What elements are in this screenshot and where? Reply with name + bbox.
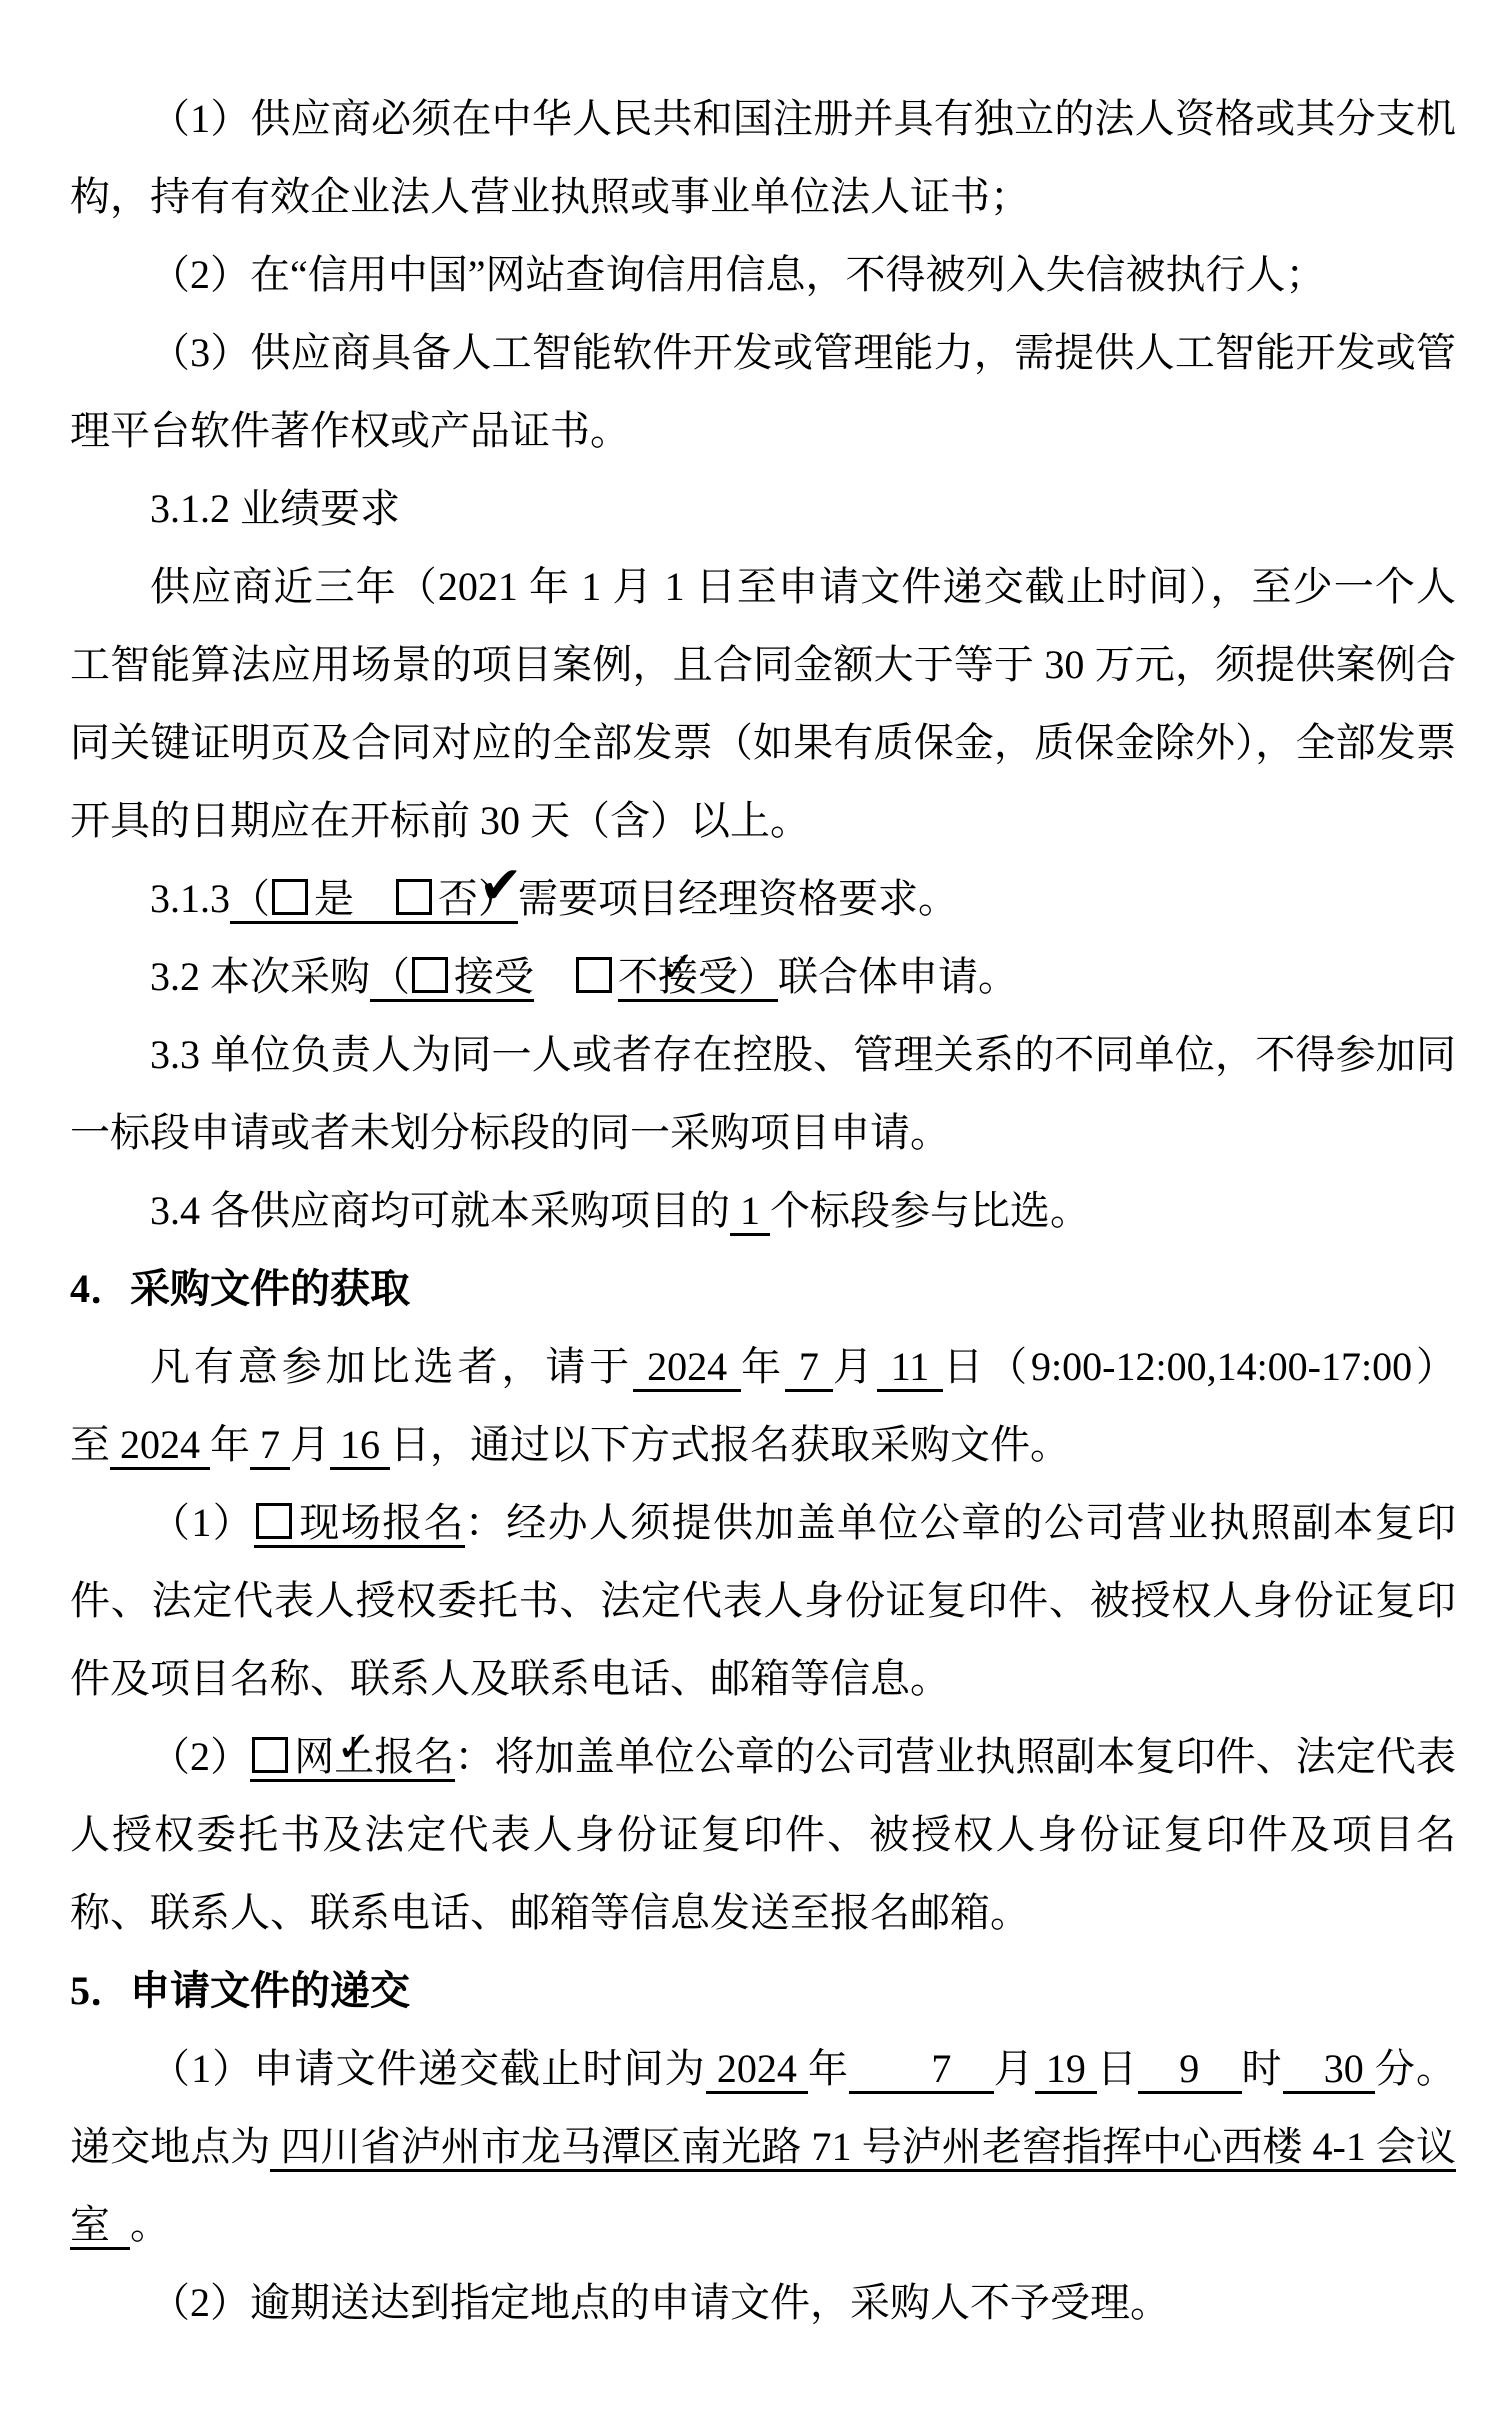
underlined-text: 19 (1035, 2046, 1097, 2094)
text-run: 联合体申请。 (778, 954, 1018, 999)
checkbox-wrapper: ✔ (394, 876, 438, 924)
text-run: 月 (994, 2046, 1035, 2091)
paragraph: 3.2 本次采购（接受 ✓不接受）联合体申请。 (70, 938, 1456, 1016)
paragraph: 凡有意参加比选者，请于 2024 年 7 月 11 日（9:00-12:00,1… (70, 1328, 1456, 1484)
underlined-text: 2024 (706, 2046, 808, 2094)
paragraph: 3.1.2 业绩要求 (70, 470, 1456, 548)
checkbox-checked-icon: ✓ (252, 1737, 288, 1773)
checkbox-wrapper (254, 1500, 298, 1548)
paragraph: （2）✓网上报名：将加盖单位公章的公司营业执照副本复印件、法定代表人授权委托书及… (70, 1718, 1456, 1952)
underlined-text: 接受 (454, 954, 534, 1002)
underlined-text: 30 (1283, 2046, 1375, 2094)
text-run: （3）供应商具备人工智能软件开发或管理能力，需提供人工智能开发或管理平台软件著作… (70, 330, 1456, 453)
text-run: 月 (833, 1344, 877, 1389)
checkbox-unchecked-icon (412, 957, 448, 993)
underlined-text: （ (370, 954, 410, 1002)
paragraph: 供应商近三年（2021 年 1 月 1 日至申请文件递交截止时间），至少一个人工… (70, 548, 1456, 860)
underlined-text: 四川省泸州市龙马潭区南光路 71 号泸州老窖指挥中心西楼 4-1 会议室 (70, 2124, 1456, 2250)
checkbox-wrapper: ✓ (574, 954, 618, 999)
check-mark-icon: ✔ (399, 860, 523, 912)
checkbox-unchecked-icon (256, 1503, 292, 1539)
underlined-text: 11 (877, 1344, 943, 1392)
check-mark-icon: ✓ (580, 946, 695, 988)
text-run: （1）申请文件递交截止时间为 (150, 2046, 706, 2091)
underlined-text: 现场报名 (298, 1500, 465, 1548)
underlined-text: 是 (314, 876, 394, 924)
section-heading: 5．申请文件的递交 (70, 1952, 1456, 2030)
checkbox-checked-icon: ✔ (396, 879, 432, 915)
text-run: 3.1.3 (150, 876, 230, 921)
text-run: 年 (808, 2046, 849, 2091)
text-run: 3.4 各供应商均可就本采购项目的 (150, 1188, 730, 1233)
underlined-text: 2024 (633, 1344, 741, 1392)
checkbox-unchecked-icon (272, 879, 308, 915)
text-run: 个标段参与比选。 (770, 1188, 1090, 1233)
text-run: 供应商近三年（2021 年 1 月 1 日至申请文件递交截止时间），至少一个人工… (70, 564, 1456, 843)
text-run: （1）供应商必须在中华人民共和国注册并具有独立的法人资格或其分支机构，持有有效企… (70, 96, 1456, 219)
underlined-text: 1 (730, 1188, 770, 1236)
checkbox-wrapper (270, 876, 314, 924)
paragraph: （2）在“信用中国”网站查询信用信息，不得被列入失信被执行人； (70, 236, 1456, 314)
section-heading: 4．采购文件的获取 (70, 1250, 1456, 1328)
paragraph: 3.1.3（是 ✔否）需要项目经理资格要求。 (70, 860, 1456, 938)
underlined-text: 9 (1138, 2046, 1241, 2094)
document-page: （1）供应商必须在中华人民共和国注册并具有独立的法人资格或其分支机构，持有有效企… (0, 0, 1500, 2429)
text-run: （2） (150, 1734, 250, 1779)
text-run: 3.2 本次采购 (150, 954, 370, 999)
text-run: （2）在“信用中国”网站查询信用信息，不得被列入失信被执行人； (150, 252, 1326, 297)
paragraph: （1）供应商必须在中华人民共和国注册并具有独立的法人资格或其分支机构，持有有效企… (70, 80, 1456, 236)
underlined-text: 7 (849, 2046, 994, 2094)
underlined-text: 16 (330, 1422, 390, 1470)
underlined-text: 2024 (110, 1422, 210, 1470)
paragraph: （3）供应商具备人工智能软件开发或管理能力，需提供人工智能开发或管理平台软件著作… (70, 314, 1456, 470)
text-run: 月 (290, 1422, 330, 1467)
text-run: （1） (150, 1500, 254, 1545)
text-run: 5．申请文件的递交 (70, 1968, 410, 2013)
text-run: 需要项目经理资格要求。 (518, 876, 958, 921)
text-run: 3.3 单位负责人为同一人或者存在控股、管理关系的不同单位，不得参加同一标段申请… (70, 1032, 1456, 1155)
text-run: 。 (130, 2202, 170, 2247)
text-run (534, 954, 574, 999)
text-run: 时 (1242, 2046, 1283, 2091)
paragraph: （2）逾期送达到指定地点的申请文件，采购人不予受理。 (70, 2264, 1456, 2342)
paragraph: （1）现场报名：经办人须提供加盖单位公章的公司营业执照副本复印件、法定代表人授权… (70, 1484, 1456, 1718)
text-run: 4．采购文件的获取 (70, 1266, 410, 1311)
underlined-text: 7 (250, 1422, 290, 1470)
text-run: 凡有意参加比选者，请于 (150, 1344, 633, 1389)
text-run: 日 (1097, 2046, 1138, 2091)
text-run: 年 (210, 1422, 250, 1467)
paragraph: （1）申请文件递交截止时间为 2024 年 7 月 19 日 9 时 30 分。… (70, 2030, 1456, 2264)
checkbox-wrapper (410, 954, 454, 1002)
text-run: 日，通过以下方式报名获取采购文件。 (390, 1422, 1070, 1467)
paragraph: 3.3 单位负责人为同一人或者存在控股、管理关系的不同单位，不得参加同一标段申请… (70, 1016, 1456, 1172)
underlined-text: 7 (785, 1344, 833, 1392)
check-mark-icon: ✓ (256, 1726, 371, 1768)
text-run: 年 (741, 1344, 785, 1389)
checkbox-checked-icon: ✓ (576, 957, 612, 993)
checkbox-wrapper: ✓ (250, 1734, 294, 1782)
paragraph: 3.4 各供应商均可就本采购项目的 1 个标段参与比选。 (70, 1172, 1456, 1250)
underlined-text: （ (230, 876, 270, 924)
text-run: 3.1.2 业绩要求 (150, 486, 400, 531)
text-run: （2）逾期送达到指定地点的申请文件，采购人不予受理。 (150, 2280, 1170, 2325)
